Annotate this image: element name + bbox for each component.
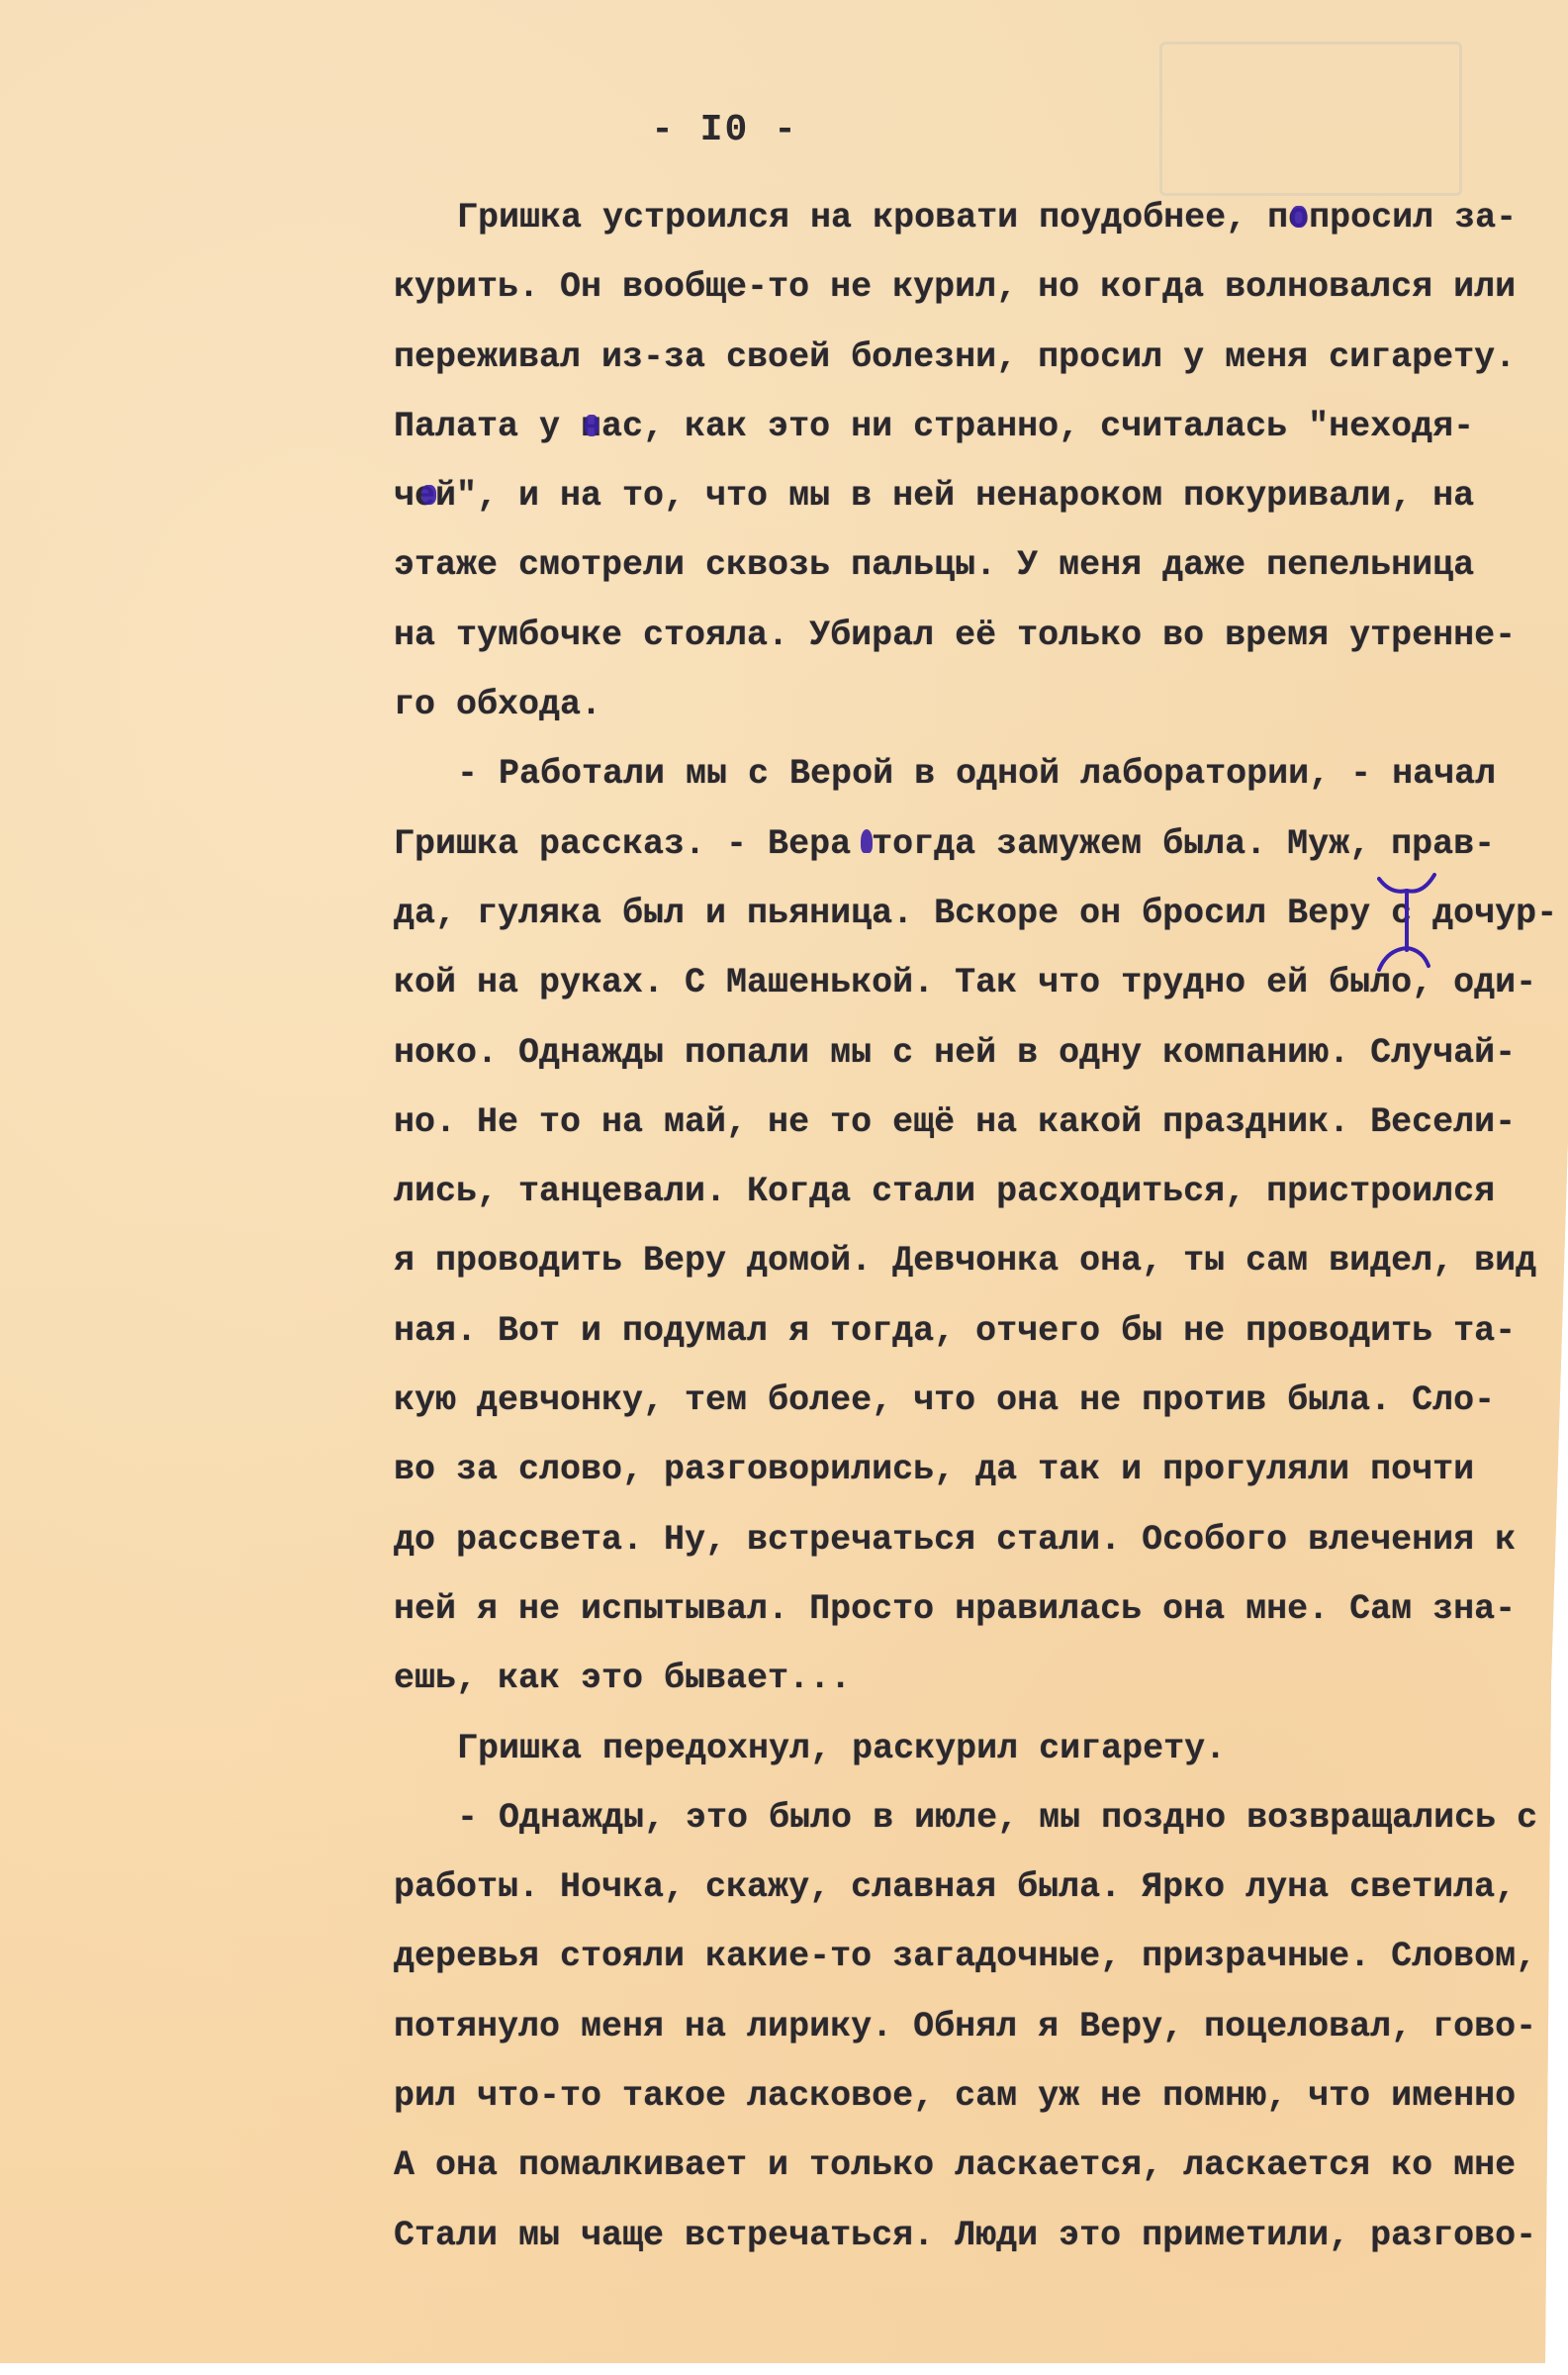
text-line: го обхода.: [394, 675, 1568, 744]
typewritten-text: Гришка устроился на кровати поудобнее, п…: [394, 188, 1568, 2275]
ink-correction-mark: [585, 415, 599, 436]
paper-sheet: - I0 - Гришка устроился на кровати поудо…: [0, 0, 1568, 2363]
text-line: кую девчонку, тем более, что она не прот…: [394, 1371, 1568, 1440]
text-line: рил что-то такое ласковое, сам уж не пом…: [394, 2066, 1568, 2136]
text-line: лись, танцевали. Когда стали расходиться…: [394, 1162, 1568, 1231]
text-line: Стали мы чаще встречаться. Люди это прим…: [394, 2206, 1568, 2275]
text-line: но. Не то на май, не то ещё на какой пра…: [394, 1092, 1568, 1162]
text-line: А она помалкивает и только ласкается, ла…: [394, 2136, 1568, 2205]
text-line: ешь, как это бывает...: [394, 1649, 1568, 1718]
text-line: этаже смотрели сквозь пальцы. У меня даж…: [394, 535, 1568, 605]
text-line: до рассвета. Ну, встречаться стали. Особ…: [394, 1510, 1568, 1579]
text-line: деревья стояли какие-то загадочные, приз…: [394, 1927, 1568, 1996]
text-line: ноко. Однажды попали мы с ней в одну ком…: [394, 1023, 1568, 1092]
text-line: ней я не испытывал. Просто нравилась она…: [394, 1579, 1568, 1649]
text-line: курить. Он вообще-то не курил, но когда …: [394, 257, 1568, 327]
text-line: работы. Ночка, скажу, славная была. Ярко…: [394, 1857, 1568, 1927]
text-line: во за слово, разговорились, да так и про…: [394, 1440, 1568, 1509]
ink-correction-mark: [861, 829, 873, 853]
text-line: - Однажды, это было в июле, мы поздно во…: [394, 1788, 1568, 1857]
text-line: чей", и на то, что мы в ней ненароком по…: [394, 466, 1568, 535]
ink-correction-mark: [1291, 206, 1307, 228]
space-insertion-mark-icon: [1377, 873, 1436, 972]
text-line: - Работали мы с Верой в одной лаборатори…: [394, 744, 1568, 813]
text-line: Гришка передохнул, раскурил сигарету.: [394, 1719, 1568, 1788]
text-line: я проводить Веру домой. Девчонка она, ты…: [394, 1231, 1568, 1300]
text-line: ная. Вот и подумал я тогда, отчего бы не…: [394, 1301, 1568, 1371]
text-line: Палата у нас, как это ни странно, считал…: [394, 397, 1568, 466]
page-number: - I0 -: [0, 109, 1568, 151]
text-line: потянуло меня на лирику. Обнял я Веру, п…: [394, 1997, 1568, 2066]
text-line: переживал из-за своей болезни, просил у …: [394, 328, 1568, 397]
ink-correction-mark: [421, 485, 436, 505]
text-line: Гришка устроился на кровати поудобнее, п…: [394, 188, 1568, 257]
text-line: на тумбочке стояла. Убирал её только во …: [394, 606, 1568, 675]
